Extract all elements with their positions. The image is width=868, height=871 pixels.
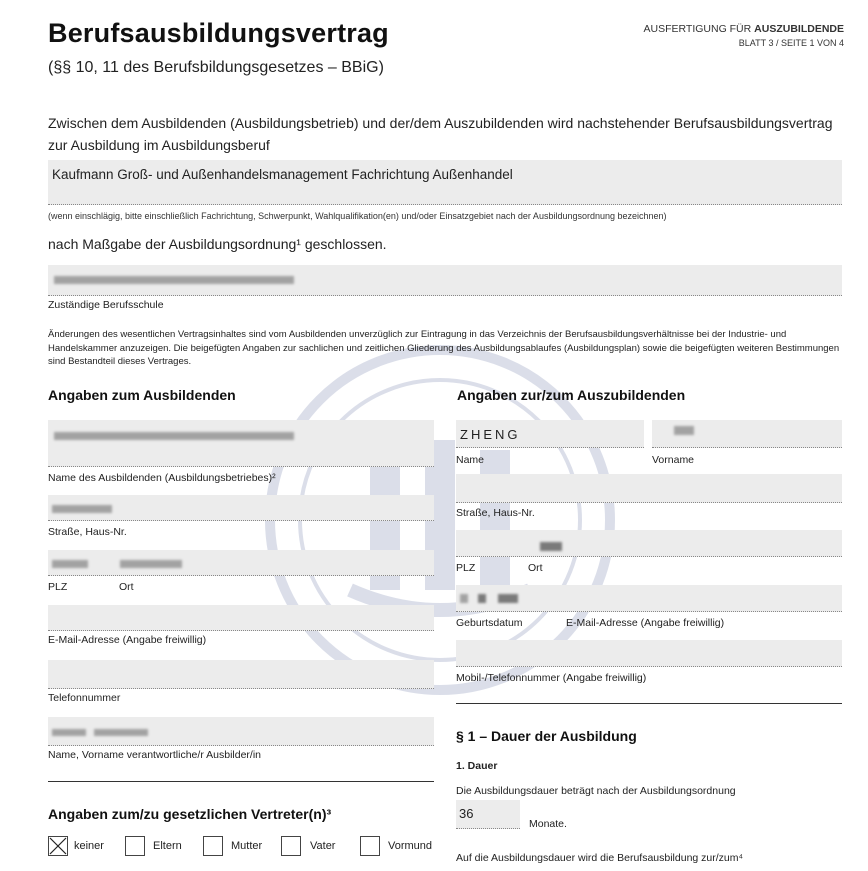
redacted-birth-day: [460, 594, 468, 603]
duration-months-unit: Monate.: [529, 818, 567, 830]
redacted-birth-month: [478, 594, 486, 603]
trainer-city-label: Ort: [119, 581, 134, 593]
trainer-plz-city-field[interactable]: [48, 550, 434, 576]
checked-x-icon: [49, 837, 67, 855]
trainer-heading: Angaben zum Ausbildenden: [48, 387, 236, 403]
checkbox-vater-label: Vater: [310, 840, 335, 852]
section1-followup: Auf die Ausbildungsdauer wird die Berufs…: [456, 852, 743, 864]
copy-recipient: AUSZUBILDENDE: [754, 23, 844, 35]
redacted-trainer-city: [120, 560, 182, 568]
copy-prefix: AUSFERTIGUNG FÜR: [644, 23, 755, 35]
school-field[interactable]: [48, 265, 842, 296]
closing-text: nach Maßgabe der Ausbildungsordnung¹ ges…: [48, 236, 387, 252]
trainee-birthdate-label: Geburtsdatum: [456, 617, 523, 629]
trainee-surname-value: ZHENG: [460, 427, 521, 442]
trainee-mobile-label: Mobil-/Telefonnummer (Angabe freiwillig): [456, 672, 646, 684]
trainer-name-label: Name des Ausbildenden (Ausbildungsbetrie…: [48, 472, 276, 484]
section1-sub: 1. Dauer: [456, 760, 497, 772]
document-title: Berufsausbildungsvertrag: [48, 18, 389, 49]
trainee-surname-label: Name: [456, 454, 484, 466]
trainer-street-field[interactable]: [48, 495, 434, 521]
representatives-options: keiner Eltern Mutter Vater Vormund: [48, 836, 448, 858]
occupation-value: Kaufmann Groß- und Außenhandelsmanagemen…: [48, 160, 842, 182]
notice-text: Änderungen des wesentlichen Vertragsinha…: [48, 328, 854, 369]
trainee-plz-label: PLZ: [456, 562, 475, 574]
redacted-school: [54, 276, 294, 284]
intro-text: Zwischen dem Ausbildenden (Ausbildungsbe…: [48, 112, 838, 156]
trainee-surname-field[interactable]: ZHENG: [456, 420, 644, 448]
responsible-trainer-label: Name, Vorname verantwortliche/r Ausbilde…: [48, 749, 261, 761]
checkbox-vater[interactable]: [281, 836, 301, 856]
checkbox-eltern-label: Eltern: [153, 840, 182, 852]
trainer-email-field[interactable]: [48, 605, 434, 631]
divider-right: [456, 703, 842, 704]
redacted-trainee-city: [540, 542, 562, 551]
section1-heading: § 1 – Dauer der Ausbildung: [456, 728, 637, 744]
checkbox-mutter-label: Mutter: [231, 840, 262, 852]
duration-months-value: 36: [459, 806, 473, 821]
checkbox-keiner-label: keiner: [74, 840, 104, 852]
checkbox-eltern[interactable]: [125, 836, 145, 856]
trainer-plz-label: PLZ: [48, 581, 67, 593]
trainer-street-label: Straße, Haus-Nr.: [48, 526, 127, 538]
trainee-firstname-label: Vorname: [652, 454, 694, 466]
responsible-trainer-field[interactable]: [48, 717, 434, 746]
section1-text: Die Ausbildungsdauer beträgt nach der Au…: [456, 785, 736, 797]
trainee-firstname-field[interactable]: [652, 420, 842, 448]
trainee-street-field[interactable]: [456, 474, 842, 503]
checkbox-keiner[interactable]: [48, 836, 68, 856]
redacted-trainee-firstname: [674, 426, 694, 435]
trainee-birthdate-email-field[interactable]: [456, 585, 842, 612]
trainer-email-label: E-Mail-Adresse (Angabe freiwillig): [48, 634, 206, 646]
copy-label: AUSFERTIGUNG FÜR AUSZUBILDENDE BLATT 3 /…: [644, 22, 845, 50]
trainee-street-label: Straße, Haus-Nr.: [456, 507, 535, 519]
trainee-plz-city-field[interactable]: [456, 530, 842, 557]
redacted-trainer-plz: [52, 560, 88, 568]
duration-months-field[interactable]: 36: [456, 800, 520, 829]
trainer-phone-label: Telefonnummer: [48, 692, 120, 704]
trainee-heading: Angaben zur/zum Auszubildenden: [457, 387, 685, 403]
trainer-name-field[interactable]: [48, 420, 434, 467]
sheet-info: BLATT 3 / SEITE 1 VON 4: [644, 36, 845, 50]
occupation-field[interactable]: Kaufmann Groß- und Außenhandelsmanagemen…: [48, 160, 842, 205]
redacted-responsible-firstname: [94, 729, 148, 736]
trainee-city-label: Ort: [528, 562, 543, 574]
trainer-phone-field[interactable]: [48, 660, 434, 689]
representatives-heading: Angaben zum/zu gesetzlichen Vertreter(n)…: [48, 806, 331, 822]
redacted-trainer-name: [54, 432, 294, 440]
occupation-hint: (wenn einschlägig, bitte einschließlich …: [48, 211, 667, 221]
school-label: Zuständige Berufsschule: [48, 299, 164, 311]
checkbox-mutter[interactable]: [203, 836, 223, 856]
trainee-mobile-field[interactable]: [456, 640, 842, 667]
redacted-trainer-street: [52, 505, 112, 513]
checkbox-vormund-label: Vormund: [388, 840, 432, 852]
divider-left: [48, 781, 434, 782]
trainee-email-label: E-Mail-Adresse (Angabe freiwillig): [566, 617, 724, 629]
document-subtitle: (§§ 10, 11 des Berufsbildungsgesetzes – …: [48, 59, 384, 77]
redacted-responsible-surname: [52, 729, 86, 736]
checkbox-vormund[interactable]: [360, 836, 380, 856]
redacted-birth-year: [498, 594, 518, 603]
